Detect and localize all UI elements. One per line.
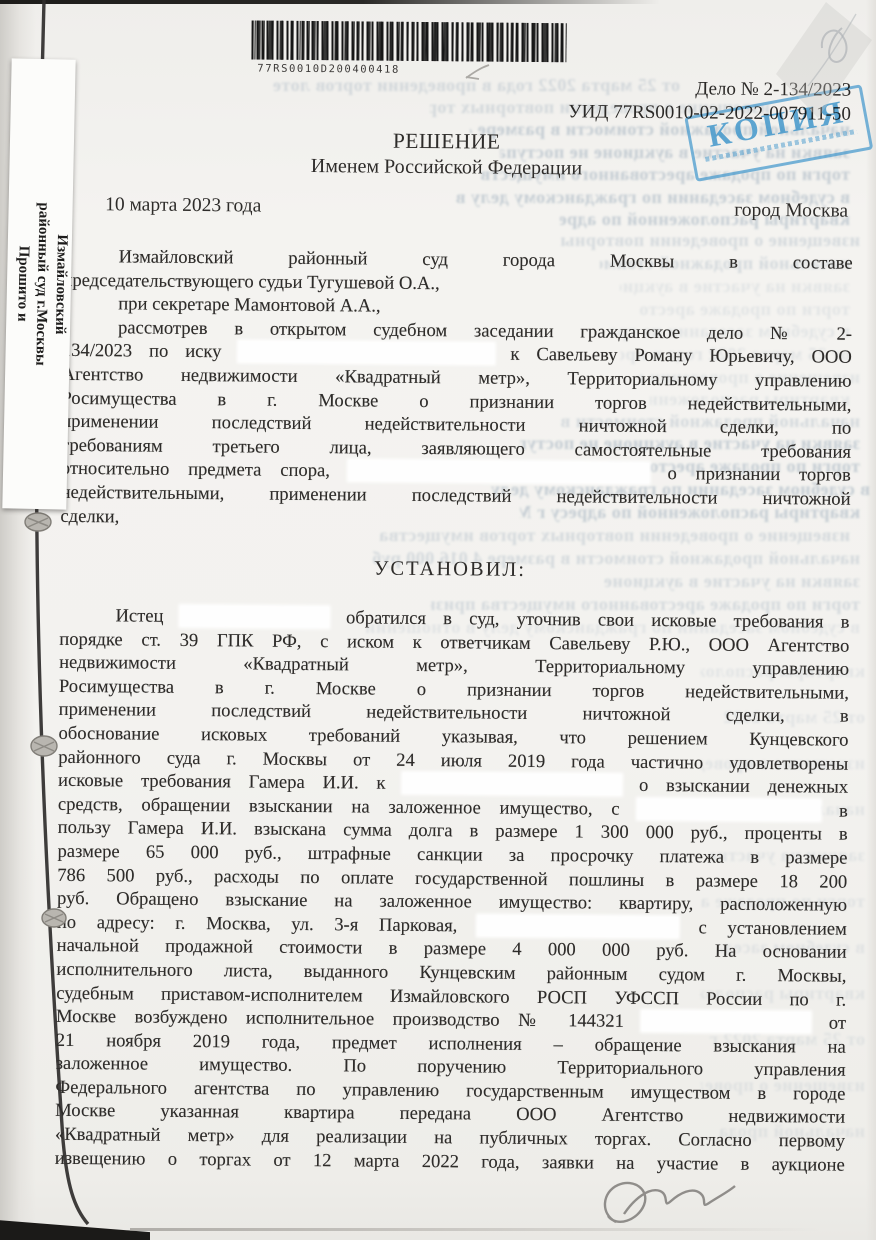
redaction-box [642, 1011, 810, 1032]
redaction-box [638, 799, 820, 821]
page-edge-bottom [130, 1228, 820, 1231]
redaction-box [349, 461, 649, 484]
intro-paragraphs: Измайловский районный суд города Москвы … [60, 245, 852, 535]
decision-titles: РЕШЕНИЕ Именем Российской Федерации [63, 126, 855, 183]
decision-title: РЕШЕНИЕ [64, 126, 830, 158]
document-content: 77RS0010D200400418 Дело № 2-134/2023 УИД… [0, 0, 876, 1240]
main-paragraphs: Истец обратился в суд, уточнив свои иско… [55, 604, 850, 1177]
redaction-box [238, 342, 493, 364]
barcode [251, 20, 566, 62]
decision-city: город Москва [734, 200, 848, 223]
decision-subtitle: Именем Российской Федерации [63, 153, 829, 183]
binding-strip-label: Измайловский районный суд г.Москвы Проши… [3, 59, 74, 508]
redaction-box [478, 915, 678, 937]
date-row: 10 марта 2023 года город Москва [63, 194, 848, 223]
redaction-box [181, 606, 329, 627]
ustanovil-heading: УСТАНОВИЛ: [60, 555, 852, 585]
barcode-number: 77RS0010D200400418 [257, 63, 400, 76]
redaction-box [403, 773, 621, 795]
decision-date: 10 марта 2023 года [105, 194, 261, 217]
binding-strip: Измайловский районный суд г.Москвы Проши… [2, 58, 75, 509]
scanned-court-decision-page: от 25 марта 2022 года в проведении торго… [0, 0, 876, 1240]
